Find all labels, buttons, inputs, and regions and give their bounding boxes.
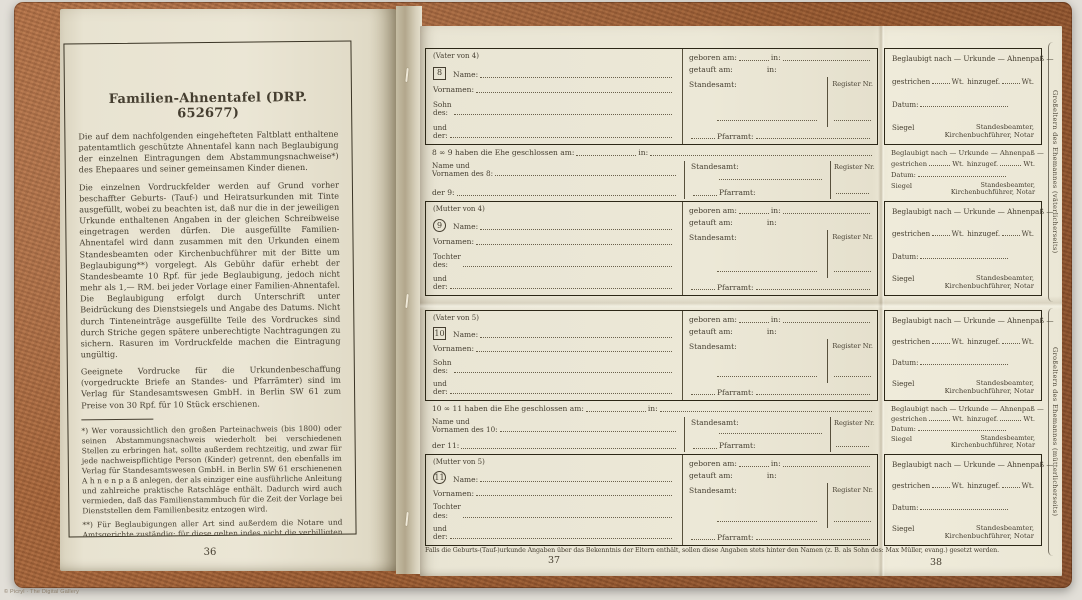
person-block-8: (Vater von 4) 8Name: Vornamen: Sohndes: … xyxy=(425,48,878,145)
stitch-thread xyxy=(405,512,408,526)
person-number-badge: 9 xyxy=(433,219,446,232)
person-block-10: (Vater von 5) 10Name: Vornamen: Sohndes:… xyxy=(425,310,878,401)
marriage-place-line xyxy=(650,154,872,156)
margin-label-grandparents-maternal: Großeltern des Ehemannes (mütterlicherse… xyxy=(1046,312,1059,552)
signature-caption: Standesbeamter,Kirchenbuchführer, Notar xyxy=(945,123,1034,139)
vornamen-line xyxy=(476,91,672,93)
margin-label-grandparents-paternal: Großeltern des Ehemannes (väterlichersei… xyxy=(1046,46,1059,298)
marriage-row-10-11: 10 ∞ 11 haben die Ehe geschlossen am:in:… xyxy=(425,401,878,454)
person-block-9: (Mutter von 4) 9Name: Vornamen: Tochterd… xyxy=(425,201,878,296)
relation-label: (Vater von 5) xyxy=(433,314,674,322)
datum-line xyxy=(920,105,1008,107)
certification-box-10: Beglaubigt nach — Urkunde — Ahnenpaß — g… xyxy=(884,310,1042,401)
watermark: © Picryl · The Digital Gallery xyxy=(4,589,79,595)
footnote: *) Wer voraussichtlich den großen Partei… xyxy=(81,423,342,515)
page-title: Familien-Ahnentafel (DRP. 652677) xyxy=(78,90,338,123)
certification-box-11: Beglaubigt nach — Urkunde — Ahnenpaß — g… xyxy=(884,454,1042,546)
paragraph: Die einzelnen Vordruckfelder werden auf … xyxy=(79,179,341,360)
footer-note: Falls die Geburts-(Tauf-)urkunde Angaben… xyxy=(425,547,985,554)
person-number-badge: 8 xyxy=(433,67,446,80)
page-number-38: 38 xyxy=(930,557,942,568)
pages-37-38: (Vater von 4) 8Name: Vornamen: Sohndes: … xyxy=(420,26,1062,576)
standesamt-line xyxy=(717,119,817,121)
certification-marriage-8-9: Beglaubigt nach — Urkunde — Ahnenpaß — g… xyxy=(884,147,1042,199)
certification-box-8: Beglaubigt nach — Urkunde — Ahnenpaß — g… xyxy=(884,48,1042,145)
relation-label: (Mutter von 5) xyxy=(433,458,674,466)
footnote: **) Für Beglaubigungen aller Art sind au… xyxy=(82,518,342,537)
certification-marriage-10-11: Beglaubigt nach — Urkunde — Ahnenpaß — g… xyxy=(884,403,1042,452)
book-photo: Familien-Ahnentafel (DRP. 652677) Die au… xyxy=(0,0,1082,600)
name-line xyxy=(480,76,672,78)
binding-gutter xyxy=(396,6,422,574)
father-line xyxy=(454,113,672,115)
mother-line xyxy=(450,136,672,138)
person-number-badge: 10 xyxy=(433,327,446,340)
page-number-37: 37 xyxy=(548,555,560,566)
siegel-label: Siegel xyxy=(892,123,914,132)
stitch-thread xyxy=(405,294,408,308)
born-place-line xyxy=(783,59,870,61)
relation-label: (Mutter von 4) xyxy=(433,205,674,213)
ahnentafel-form: (Vater von 4) 8Name: Vornamen: Sohndes: … xyxy=(425,48,1042,546)
page-number-36: 36 xyxy=(66,547,354,558)
person-block-11: (Mutter von 5) 11Name: Vornamen: Tochter… xyxy=(425,454,878,546)
marriage-row-8-9: 8 ∞ 9 haben die Ehe geschlossen am:in: N… xyxy=(425,145,878,201)
paragraph: Geeignete Vordrucke für die Urkundenbesc… xyxy=(81,364,341,411)
pfarramt-line xyxy=(756,137,870,139)
paragraph: Die auf dem nachfolgenden eingehefteten … xyxy=(78,129,338,176)
instructions-box: Familien-Ahnentafel (DRP. 652677) Die au… xyxy=(63,41,356,538)
register-line xyxy=(834,119,871,121)
marriage-date-line xyxy=(576,154,636,156)
page-36: Familien-Ahnentafel (DRP. 652677) Die au… xyxy=(60,9,396,571)
relation-label: (Vater von 4) xyxy=(433,52,674,60)
stitch-thread xyxy=(405,68,408,82)
person-number-badge: 11 xyxy=(433,471,446,484)
footnote-separator xyxy=(81,418,153,420)
certification-box-9: Beglaubigt nach — Urkunde — Ahnenpaß — g… xyxy=(884,201,1042,296)
